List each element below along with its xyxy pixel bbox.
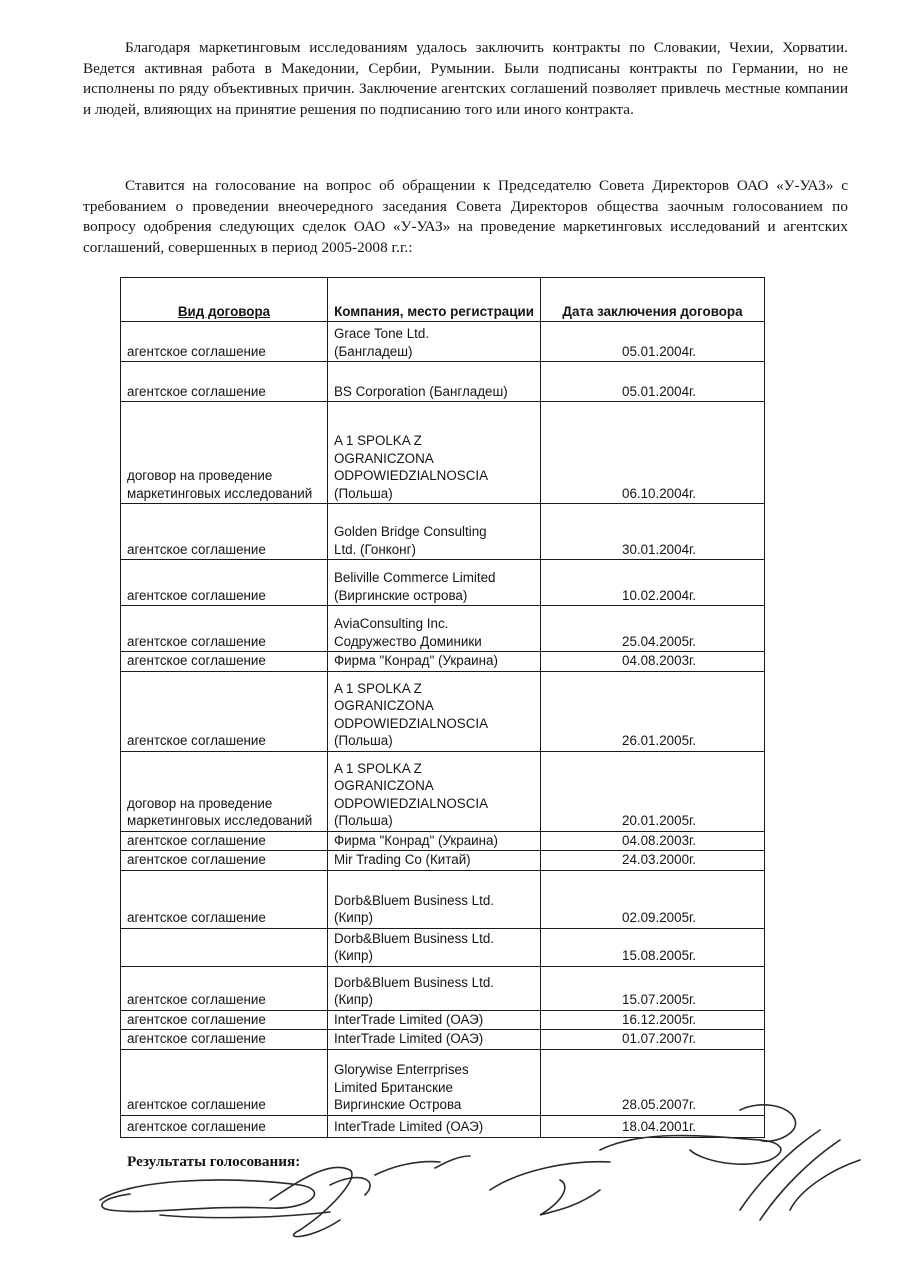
handwritten-signatures [0, 1090, 900, 1272]
table-row: агентское соглашениеФирма "Конрад" (Укра… [121, 652, 765, 672]
cell-date: 26.01.2005г. [541, 671, 765, 751]
cell-company: AviaConsulting Inc. Содружество Доминики [328, 606, 541, 652]
cell-date: 24.03.2000г. [541, 851, 765, 871]
cell-contract-type: агентское соглашение [121, 671, 328, 751]
cell-contract-type: агентское соглашение [121, 362, 328, 402]
cell-company: Dorb&Bluem Business Ltd. (Кипр) [328, 928, 541, 966]
cell-company: InterTrade Limited (ОАЭ) [328, 1010, 541, 1030]
cell-date: 16.12.2005г. [541, 1010, 765, 1030]
cell-contract-type: агентское соглашение [121, 652, 328, 672]
cell-company: InterTrade Limited (ОАЭ) [328, 1030, 541, 1050]
cell-contract-type: агентское соглашение [121, 322, 328, 362]
cell-contract-type: агентское соглашение [121, 1030, 328, 1050]
cell-company: A 1 SPOLKA Z OGRANICZONA ODPOWIEDZIALNOS… [328, 751, 541, 831]
cell-contract-type: агентское соглашение [121, 606, 328, 652]
cell-date: 15.07.2005г. [541, 966, 765, 1010]
table-row: Dorb&Bluem Business Ltd. (Кипр)15.08.200… [121, 928, 765, 966]
cell-date: 10.02.2004г. [541, 560, 765, 606]
table-row: агентское соглашениеInterTrade Limited (… [121, 1030, 765, 1050]
table-row: договор на проведение маркетинговых иссл… [121, 751, 765, 831]
cell-contract-type: агентское соглашение [121, 560, 328, 606]
paragraph-marketing-results: Благодаря маркетинговым исследованиям уд… [83, 38, 848, 120]
cell-date: 06.10.2004г. [541, 402, 765, 504]
cell-date: 20.01.2005г. [541, 751, 765, 831]
table-row: агентское соглашениеMir Trading Co (Кита… [121, 851, 765, 871]
cell-date: 01.07.2007г. [541, 1030, 765, 1050]
cell-contract-type: агентское соглашение [121, 504, 328, 560]
cell-company: Beliville Commerce Limited (Виргинские о… [328, 560, 541, 606]
cell-company: BS Corporation (Бангладеш) [328, 362, 541, 402]
cell-company: Фирма "Конрад" (Украина) [328, 831, 541, 851]
cell-contract-type: агентское соглашение [121, 966, 328, 1010]
cell-contract-type: договор на проведение маркетинговых иссл… [121, 751, 328, 831]
cell-date: 05.01.2004г. [541, 362, 765, 402]
table-row: агентское соглашениеBS Corporation (Банг… [121, 362, 765, 402]
cell-date: 04.08.2003г. [541, 652, 765, 672]
table-row: договор на проведение маркетинговых иссл… [121, 402, 765, 504]
table-row: агентское соглашениеФирма "Конрад" (Укра… [121, 831, 765, 851]
table-row: агентское соглашениеBeliville Commerce L… [121, 560, 765, 606]
table-row: агентское соглашениеA 1 SPOLKA Z OGRANIC… [121, 671, 765, 751]
table-row: агентское соглашениеAviaConsulting Inc. … [121, 606, 765, 652]
cell-company: Фирма "Конрад" (Украина) [328, 652, 541, 672]
scanned-document-page: Благодаря маркетинговым исследованиям уд… [0, 0, 900, 1272]
table-header-row: Вид договора Компания, место регистрации… [121, 278, 765, 322]
cell-contract-type [121, 928, 328, 966]
cell-date: 04.08.2003г. [541, 831, 765, 851]
cell-contract-type: агентское соглашение [121, 870, 328, 928]
cell-contract-type: договор на проведение маркетинговых иссл… [121, 402, 328, 504]
cell-contract-type: агентское соглашение [121, 1010, 328, 1030]
header-company: Компания, место регистрации [328, 278, 541, 322]
contracts-table: Вид договора Компания, место регистрации… [120, 277, 765, 1138]
cell-date: 02.09.2005г. [541, 870, 765, 928]
table-row: агентское соглашениеDorb&Bluem Business … [121, 870, 765, 928]
cell-company: A 1 SPOLKA Z OGRANICZONA ODPOWIEDZIALNOS… [328, 402, 541, 504]
table-row: агентское соглашениеGrace Tone Ltd. (Бан… [121, 322, 765, 362]
table-row: агентское соглашениеInterTrade Limited (… [121, 1010, 765, 1030]
header-date: Дата заключения договора [541, 278, 765, 322]
cell-company: Golden Bridge Consulting Ltd. (Гонконг) [328, 504, 541, 560]
header-contract-type: Вид договора [121, 278, 328, 322]
cell-company: A 1 SPOLKA Z OGRANICZONA ODPOWIEDZIALNOS… [328, 671, 541, 751]
cell-contract-type: агентское соглашение [121, 831, 328, 851]
cell-contract-type: агентское соглашение [121, 851, 328, 871]
table-row: агентское соглашениеDorb&Bluem Business … [121, 966, 765, 1010]
table-row: агентское соглашениеGolden Bridge Consul… [121, 504, 765, 560]
cell-company: Dorb&Bluem Business Ltd. (Кипр) [328, 870, 541, 928]
cell-company: Dorb&Bluem Business Ltd. (Кипр) [328, 966, 541, 1010]
cell-company: Grace Tone Ltd. (Бангладеш) [328, 322, 541, 362]
cell-date: 25.04.2005г. [541, 606, 765, 652]
cell-date: 05.01.2004г. [541, 322, 765, 362]
paragraph-voting-question: Ставится на голосование на вопрос об обр… [83, 176, 848, 258]
cell-date: 15.08.2005г. [541, 928, 765, 966]
cell-date: 30.01.2004г. [541, 504, 765, 560]
cell-company: Mir Trading Co (Китай) [328, 851, 541, 871]
